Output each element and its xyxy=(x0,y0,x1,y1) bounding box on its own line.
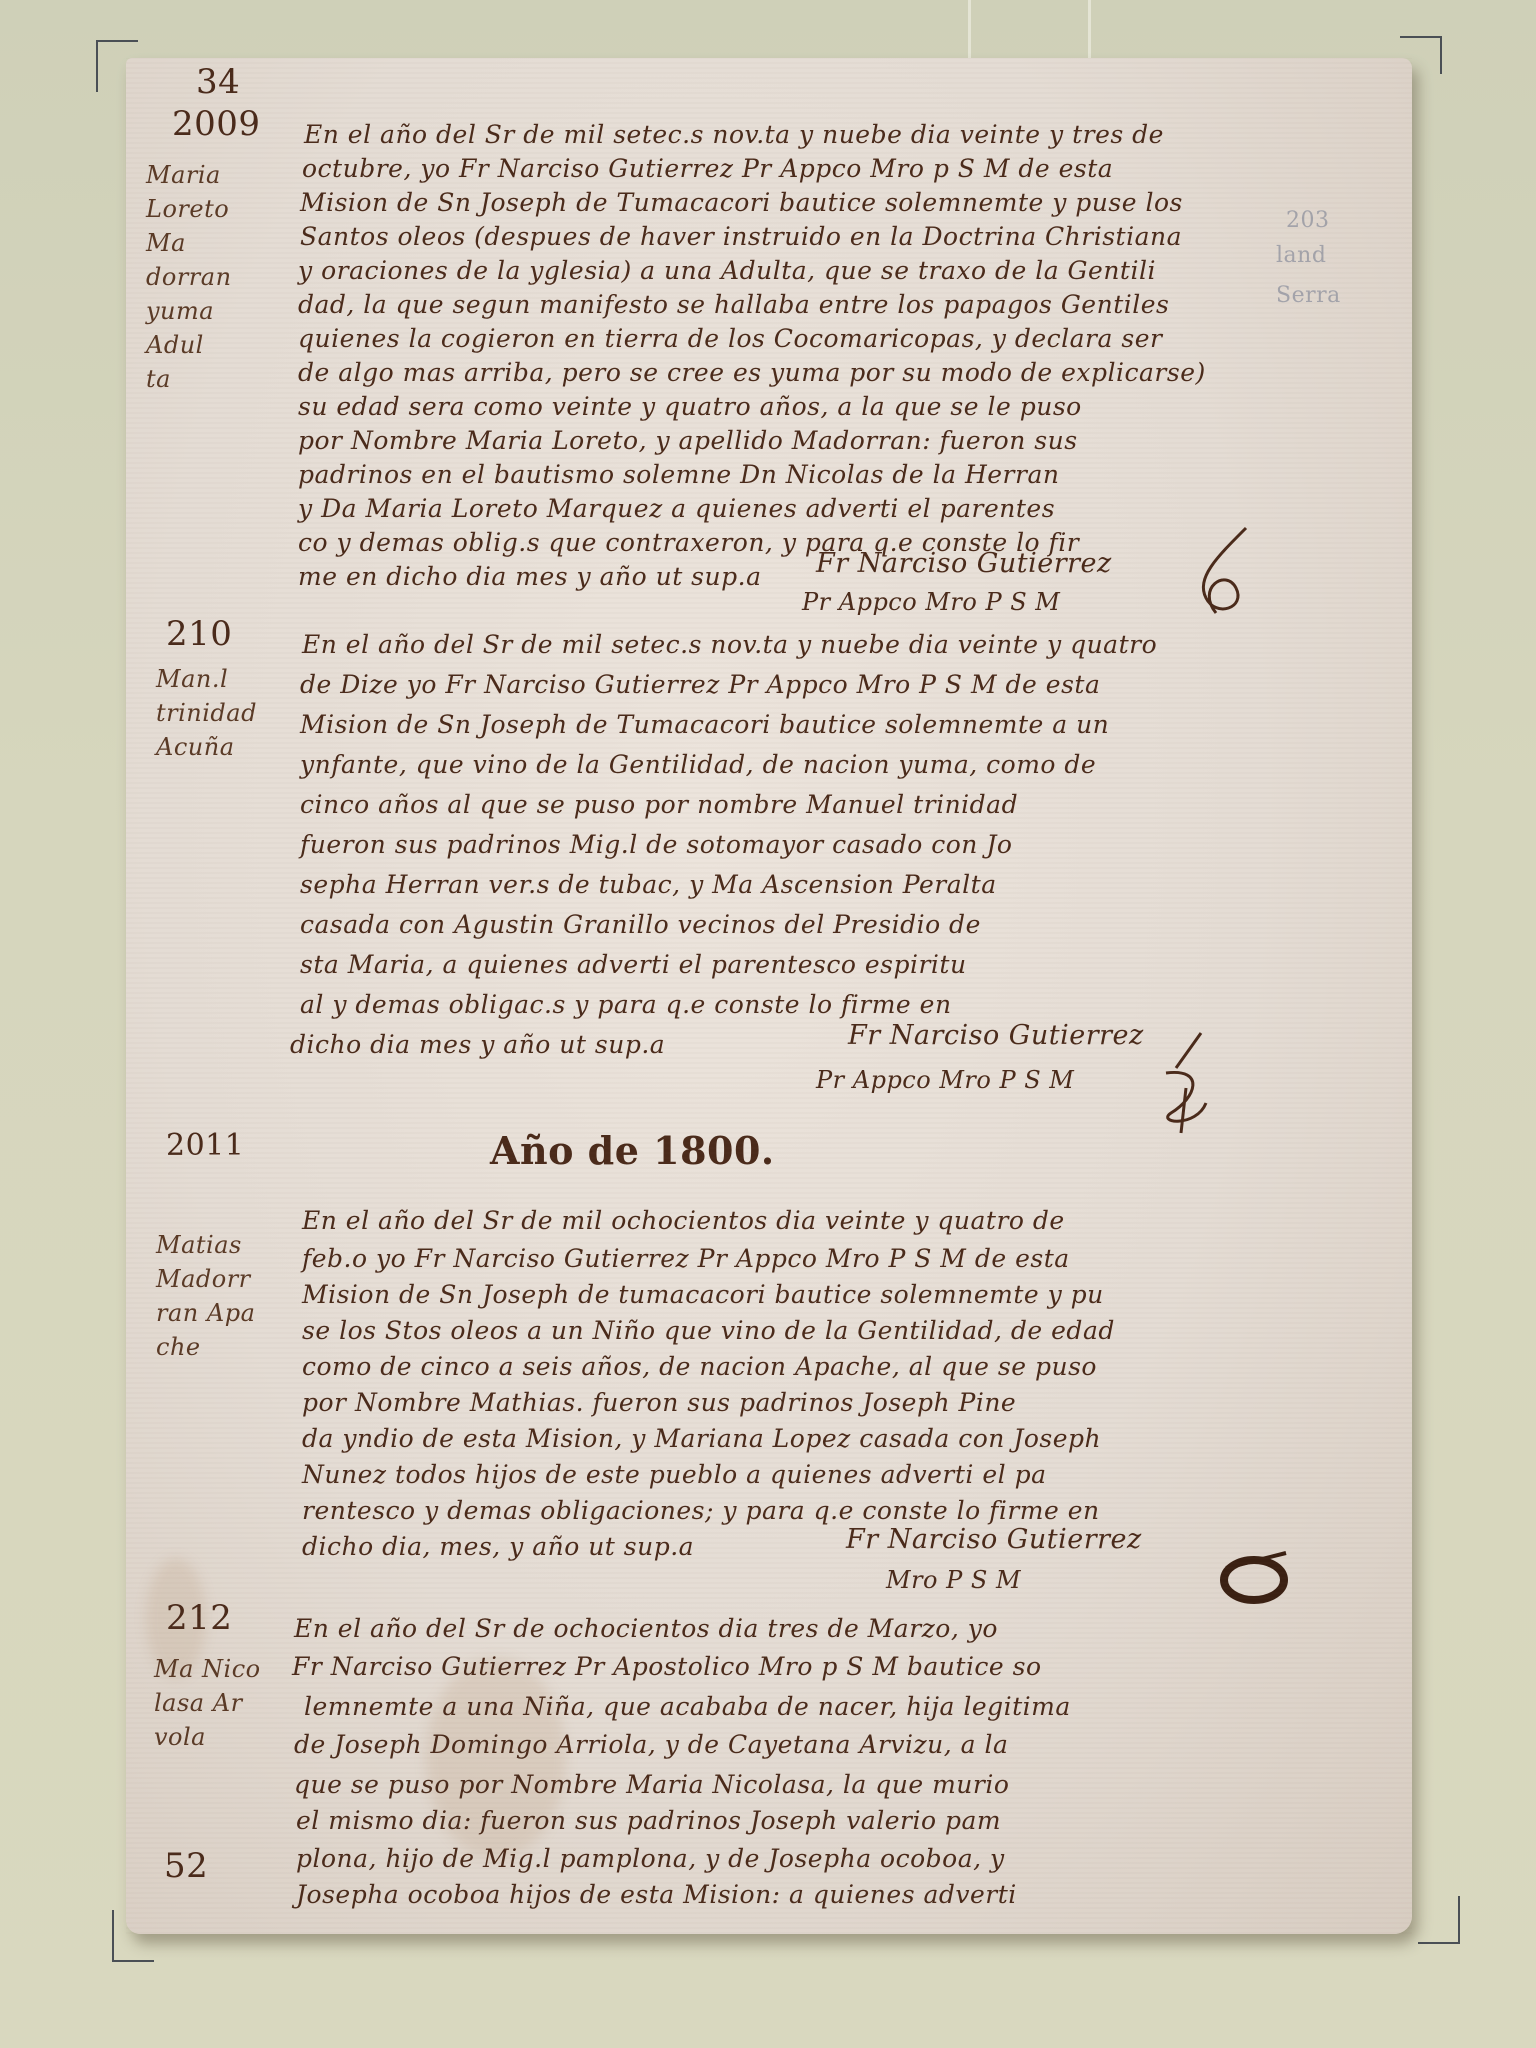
corner-mark-bottom-right xyxy=(1418,1896,1460,1944)
entry-line: octubre, yo Fr Narciso Gutierrez Pr Appc… xyxy=(302,154,1113,183)
margin-line: Loreto Ma xyxy=(146,192,276,260)
entry-margin-note: Matias Madorr ran Apa che xyxy=(156,1228,286,1364)
margin-line: Ma Nico xyxy=(154,1652,284,1686)
entry-line: En el año del Sr de mil setec.s nov.ta y… xyxy=(304,120,1164,149)
margin-line: lasa Ar xyxy=(154,1686,284,1720)
entry-line: rentesco y demas obligaciones; y para q.… xyxy=(302,1496,1100,1525)
margin-line: vola xyxy=(154,1720,284,1754)
entry-line: de Joseph Domingo Arriola, y de Cayetana… xyxy=(294,1730,1008,1759)
entry-line: da yndio de esta Mision, y Mariana Lopez… xyxy=(302,1424,1101,1453)
entry-margin-note: Man.l trinidad Acuña xyxy=(156,662,286,764)
entry-line: En el año del Sr de mil ochocientos dia … xyxy=(302,1206,1065,1235)
entry-line: y Da Maria Loreto Marquez a quienes adve… xyxy=(298,494,1055,523)
pencil-note: Serra xyxy=(1276,283,1341,308)
entry-line: Santos oleos (despues de haver instruido… xyxy=(300,222,1182,251)
entry-number: 2011 xyxy=(166,1128,244,1163)
entry-margin-note: Maria Loreto Ma dorran yuma Adul ta xyxy=(146,158,276,396)
entry-line: fueron sus padrinos Mig.l de sotomayor c… xyxy=(300,830,1012,859)
margin-line: Madorr xyxy=(156,1262,286,1296)
entry-line: Nunez todos hijos de este pueblo a quien… xyxy=(302,1460,1046,1489)
entry-line: el mismo dia: fueron sus padrinos Joseph… xyxy=(296,1806,1001,1835)
year-heading: Año de 1800. xyxy=(490,1128,775,1173)
entry-line: que se puso por Nombre Maria Nicolasa, l… xyxy=(294,1770,1009,1799)
rubric-flourish-icon xyxy=(1146,1028,1226,1138)
entry-line: ynfante, que vino de la Gentilidad, de n… xyxy=(300,750,1096,779)
signature-title: Mro P S M xyxy=(886,1566,1021,1594)
entry-line: Fr Narciso Gutierrez Pr Apostolico Mro p… xyxy=(292,1652,1042,1681)
entry-line: por Nombre Maria Loreto, y apellido Mado… xyxy=(298,426,1078,455)
entry-line: dad, la que segun manifesto se hallaba e… xyxy=(298,290,1169,319)
margin-line: Acuña xyxy=(156,730,286,764)
margin-line: Matias xyxy=(156,1228,286,1262)
entry-number: 212 xyxy=(166,1598,232,1638)
margin-line: Man.l xyxy=(156,662,286,696)
entry-line: padrinos en el bautismo solemne Dn Nicol… xyxy=(298,460,1059,489)
entry-line: quienes la cogieron en tierra de los Coc… xyxy=(298,324,1162,353)
rubric-flourish-icon xyxy=(1216,1548,1296,1608)
entry-line: lemnemte a una Niña, que acababa de nace… xyxy=(304,1692,1071,1721)
entry-line: al y demas obligac.s y para q.e conste l… xyxy=(300,990,952,1019)
entry-line: sepha Herran ver.s de tubac, y Ma Ascens… xyxy=(300,870,997,899)
entry-line: cinco años al que se puso por nombre Man… xyxy=(300,790,1018,819)
entry-line: sta Maria, a quienes adverti el parentes… xyxy=(300,950,967,979)
entry-line: Mision de Sn Joseph de Tumacacori bautic… xyxy=(300,710,1109,739)
entry-line: me en dicho dia mes y año ut sup.a xyxy=(298,562,761,591)
margin-line: ta xyxy=(146,362,276,396)
entry-line: de algo mas arriba, pero se cree es yuma… xyxy=(298,358,1206,387)
entry-line: se los Stos oleos a un Niño que vino de … xyxy=(302,1316,1115,1345)
entry-line: feb.o yo Fr Narciso Gutierrez Pr Appco M… xyxy=(302,1244,1070,1273)
signature-title: Pr Appco Mro P S M xyxy=(802,588,1060,616)
margin-line: che xyxy=(156,1330,286,1364)
entry-line: Josepha ocoboa hijos de esta Mision: a q… xyxy=(296,1880,1017,1909)
entry-line: y oraciones de la yglesia) a una Adulta,… xyxy=(298,256,1156,285)
margin-line: dorran xyxy=(146,260,276,294)
folio-number: 34 xyxy=(196,62,240,102)
page-bottom-number: 52 xyxy=(164,1846,208,1886)
signature-name: Fr Narciso Gutierrez xyxy=(846,1524,1142,1555)
margin-line: ran Apa xyxy=(156,1296,286,1330)
entry-number: 210 xyxy=(166,614,232,654)
signature-title: Pr Appco Mro P S M xyxy=(816,1066,1074,1094)
entry-line: casada con Agustin Granillo vecinos del … xyxy=(300,910,981,939)
margin-line: yuma Adul xyxy=(146,294,276,362)
entry-number: 2009 xyxy=(172,104,261,144)
entry-line: su edad sera como veinte y quatro años, … xyxy=(298,392,1082,421)
entry-line: dicho dia, mes, y año ut sup.a xyxy=(302,1532,694,1561)
entry-line: En el año del Sr de ochocientos dia tres… xyxy=(294,1614,998,1643)
signature-name: Fr Narciso Gutierrez xyxy=(816,548,1112,579)
entry-line: por Nombre Mathias. fueron sus padrinos … xyxy=(302,1388,1016,1417)
margin-line: Maria xyxy=(146,158,276,192)
entry-line: Mision de Sn Joseph de Tumacacori bautic… xyxy=(300,188,1183,217)
margin-line: trinidad xyxy=(156,696,286,730)
rubric-flourish-icon xyxy=(1176,518,1266,628)
entry-line: plona, hijo de Mig.l pamplona, y de Jose… xyxy=(296,1844,1005,1873)
pencil-note: 203 xyxy=(1286,208,1330,233)
entry-line: de Dize yo Fr Narciso Gutierrez Pr Appco… xyxy=(300,670,1100,699)
entry-line: dicho dia mes y año ut sup.a xyxy=(290,1030,665,1059)
entry-line: En el año del Sr de mil setec.s nov.ta y… xyxy=(302,630,1157,659)
entry-line: Mision de Sn Joseph de tumacacori bautic… xyxy=(302,1280,1104,1309)
pencil-note: land xyxy=(1276,243,1326,268)
signature-name: Fr Narciso Gutierrez xyxy=(848,1020,1144,1051)
entry-line: como de cinco a seis años, de nacion Apa… xyxy=(302,1352,1097,1381)
entry-margin-note: Ma Nico lasa Ar vola xyxy=(154,1652,284,1754)
manuscript-page: 34 203 land Serra 2009 Maria Loreto Ma d… xyxy=(126,58,1412,1934)
